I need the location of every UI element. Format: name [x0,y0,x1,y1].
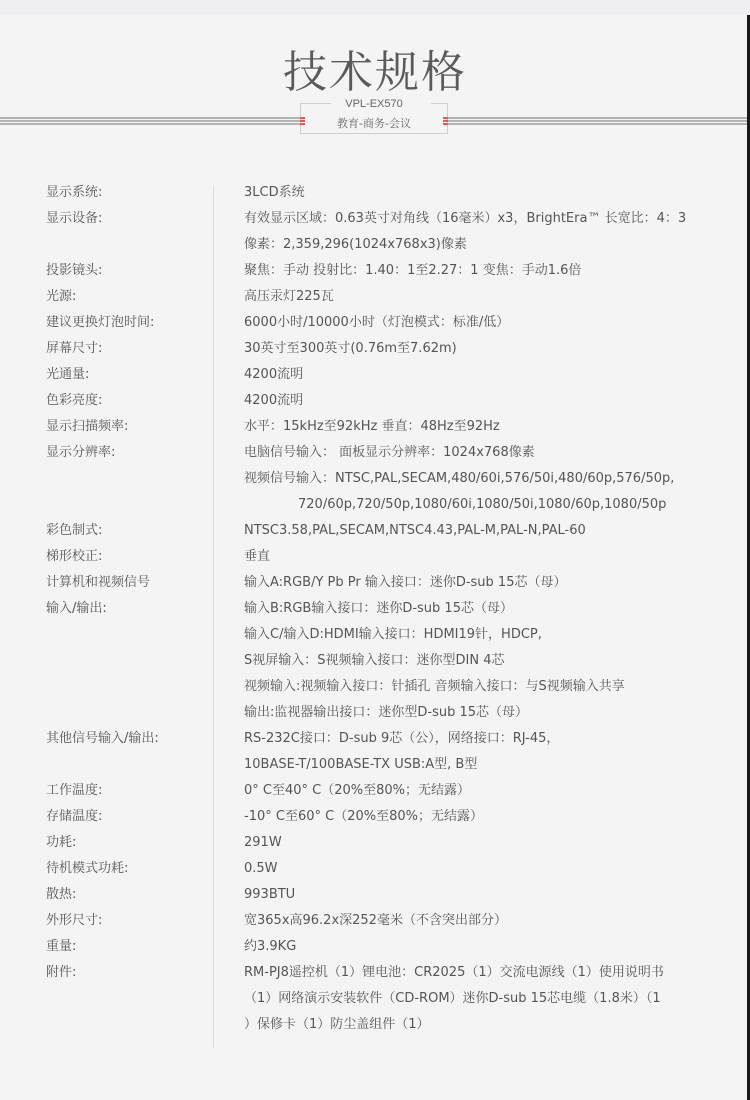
spec-value: 输入B:RGB输入接口：迷你D-sub 15芯（母） [244,596,513,622]
spec-label: 光源: [46,284,76,310]
spec-value: 宽365x高96.2x深252毫米（不含突出部分） [244,908,507,934]
spec-value: 视频输入:视频输入接口：针插孔 音频输入接口：与S视频输入共享 [244,674,625,700]
spec-value: 10BASE-T/100BASE-TX USB:A型, B型 [244,752,477,778]
spec-label: 屏幕尺寸: [46,336,102,362]
spec-label: 功耗: [46,830,76,856]
spec-table: 显示系统:3LCD系统显示设备:有效显示区域：0.63英寸对角线（16毫米）x3… [0,180,750,1038]
spec-row: 散热:993BTU [0,882,750,908]
spec-value: 输入C/输入D:HDMI输入接口：HDMI19针，HDCP, [244,622,542,648]
spec-value: 720/60p,720/50p,1080/60i,1080/50i,1080/6… [298,492,666,518]
spec-value: S视屏输入：S视频输入接口：迷你型DIN 4芯 [244,648,504,674]
spec-label: 显示扫描频率: [46,414,128,440]
spec-row: 光通量:4200流明 [0,362,750,388]
spec-value: 输入A:RGB/Y Pb Pr 输入接口：迷你D-sub 15芯（母） [244,570,566,596]
spec-row: 显示扫描频率:水平：15kHz至92kHz 垂直：48Hz至92Hz [0,414,750,440]
spec-row: 功耗:291W [0,830,750,856]
decorative-stripes-right [448,117,747,125]
spec-value: RM-PJ8遥控机（1）锂电池：CR2025（1）交流电源线（1）使用说明书 [244,960,664,986]
spec-row: 屏幕尺寸:30英寸至300英寸(0.76m至7.62m) [0,336,750,362]
spec-row: 重量:约3.9KG [0,934,750,960]
spec-row: 光源:高压汞灯225瓦 [0,284,750,310]
spec-row: 附件:RM-PJ8遥控机（1）锂电池：CR2025（1）交流电源线（1）使用说明… [0,960,750,1038]
spec-value: 3LCD系统 [244,180,305,206]
spec-label: 重量: [46,934,76,960]
spec-label: 输入/输出: [46,596,107,622]
spec-value: 聚焦：手动 投射比：1.40：1至2.27：1 变焦：手动1.6倍 [244,258,581,284]
spec-row: 显示设备:有效显示区域：0.63英寸对角线（16毫米）x3，BrightEra™… [0,206,750,258]
spec-label: 彩色制式: [46,518,102,544]
spec-row: 投影镜头:聚焦：手动 投射比：1.40：1至2.27：1 变焦：手动1.6倍 [0,258,750,284]
spec-value: RS-232C接口：D-sub 9芯（公），网络接口：RJ-45， [244,726,559,752]
spec-label: 外形尺寸: [46,908,102,934]
spec-row: 显示系统:3LCD系统 [0,180,750,206]
spec-label: 附件: [46,960,76,986]
spec-value: 有效显示区域：0.63英寸对角线（16毫米）x3，BrightEra™ 长宽比：… [244,206,686,232]
spec-row: 待机模式功耗:0.5W [0,856,750,882]
spec-row: 外形尺寸:宽365x高96.2x深252毫米（不含突出部分） [0,908,750,934]
spec-value: ）保修卡（1）防尘盖组件（1） [244,1012,430,1038]
spec-row: 其他信号输入/输出:RS-232C接口：D-sub 9芯（公），网络接口：RJ-… [0,726,750,778]
spec-value: 0.5W [244,856,278,882]
spec-value: 30英寸至300英寸(0.76m至7.62m) [244,336,457,362]
spec-row: 色彩亮度:4200流明 [0,388,750,414]
spec-value: 水平：15kHz至92kHz 垂直：48Hz至92Hz [244,414,500,440]
spec-label: 显示系统: [46,180,102,206]
spec-label: 显示设备: [46,206,102,232]
spec-row: 建议更换灯泡时间:6000小时/10000小时（灯泡模式：标准/低） [0,310,750,336]
spec-label: 显示分辨率: [46,440,115,466]
spec-label: 投影镜头: [46,258,102,284]
spec-value: 4200流明 [244,362,303,388]
spec-label: 建议更换灯泡时间: [46,310,154,336]
spec-value: 291W [244,830,282,856]
spec-label: 散热: [46,882,76,908]
spec-row: 计算机和视频信号输入A:RGB/Y Pb Pr 输入接口：迷你D-sub 15芯… [0,570,750,726]
spec-value: 4200流明 [244,388,303,414]
spec-label: 待机模式功耗: [46,856,128,882]
spec-value: （1）网络演示安装软件（CD-ROM）迷你D-sub 15芯电缆（1.8米）（1 [244,986,661,1012]
spec-value: 6000小时/10000小时（灯泡模式：标准/低） [244,310,509,336]
spec-value: 993BTU [244,882,295,908]
spec-label: 梯形校正: [46,544,102,570]
spec-value: 约3.9KG [244,934,296,960]
spec-value: 0° C至40° C（20%至80%；无结露） [244,778,470,804]
spec-value: -10° C至60° C（20%至80%；无结露） [244,804,483,830]
spec-value: 垂直 [244,544,270,570]
spec-value: 电脑信号输入： 面板显示分辨率：1024x768像素 [244,440,535,466]
model-subtitle: 教育-商务-会议 [300,115,448,131]
spec-value: 像素：2,359,296(1024x768x3)像素 [244,232,467,258]
spec-label: 工作温度: [46,778,102,804]
spec-row: 存储温度:-10° C至60° C（20%至80%；无结露） [0,804,750,830]
spec-value: NTSC3.58,PAL,SECAM,NTSC4.43,PAL-M,PAL-N,… [244,518,586,544]
spec-label: 色彩亮度: [46,388,102,414]
spec-label: 光通量: [46,362,89,388]
spec-row: 工作温度:0° C至40° C（20%至80%；无结露） [0,778,750,804]
page-title: 技术规格 [0,36,750,100]
spec-row: 彩色制式:NTSC3.58,PAL,SECAM,NTSC4.43,PAL-M,P… [0,518,750,544]
decorative-stripes-left [0,117,300,125]
spec-label: 存储温度: [46,804,102,830]
spec-value: 视频信号输入：NTSC,PAL,SECAM,480/60i,576/50i,48… [244,466,674,492]
spec-value: 输出:监视器输出接口：迷你型D-sub 15芯（母） [244,700,528,726]
spec-value: 高压汞灯225瓦 [244,284,334,310]
model-name: VPL-EX570 [300,98,448,110]
spec-row: 梯形校正:垂直 [0,544,750,570]
spec-row: 显示分辨率:电脑信号输入： 面板显示分辨率：1024x768像素视频信号输入：N… [0,440,750,518]
spec-label: 计算机和视频信号 [46,570,150,596]
top-band [0,0,750,15]
spec-label: 其他信号输入/输出: [46,726,159,752]
